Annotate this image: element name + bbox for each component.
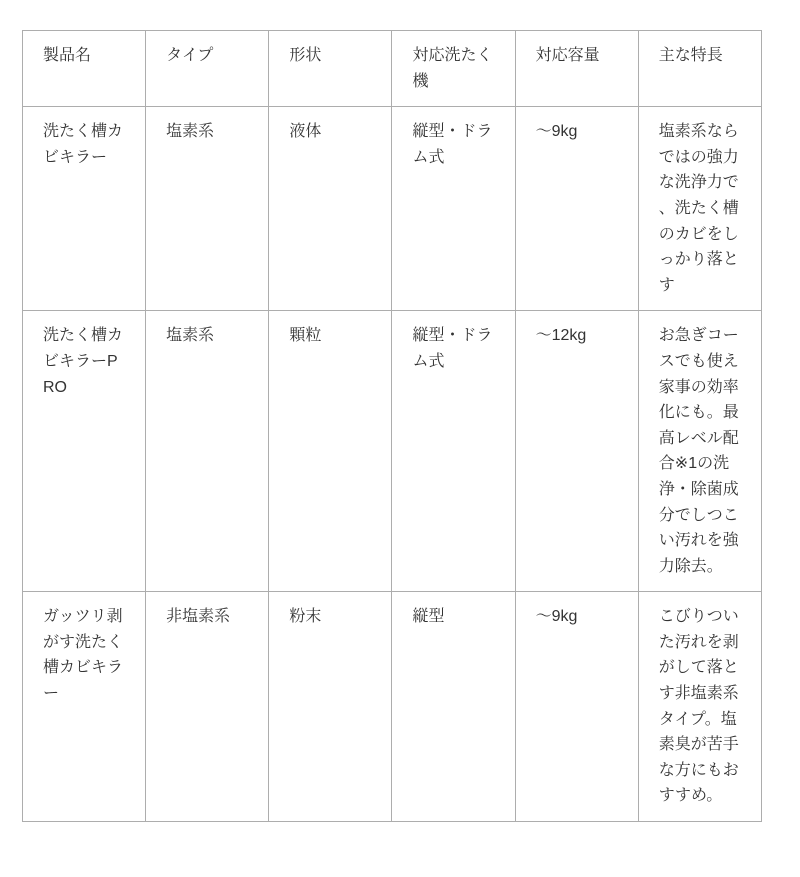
table-row: ガッツリ剥がす洗たく槽カビキラー 非塩素系 粉末 縦型 ～9kg こびりついた汚… [23,592,762,822]
header-capacity: 対応容量 [515,31,638,107]
cell-capacity: ～12kg [515,311,638,592]
cell-machine: 縦型・ドラム式 [392,311,515,592]
table-row: 洗たく槽カビキラー 塩素系 液体 縦型・ドラム式 ～9kg 塩素系ならではの強力… [23,107,762,311]
cell-features: こびりついた汚れを剥がして落とす非塩素系 タイプ。塩素臭が苦手な方にもおすすめ。 [638,592,761,822]
cell-product-name: 洗たく槽カビキラーPRO [23,311,146,592]
header-machine: 対応洗たく機 [392,31,515,107]
cell-form: 顆粒 [269,311,392,592]
cell-capacity: ～9kg [515,107,638,311]
cell-form: 粉末 [269,592,392,822]
cell-form: 液体 [269,107,392,311]
header-form: 形状 [269,31,392,107]
cell-features: お急ぎコースでも使え家事の効率化にも。最高レベル配合※1の洗浄・除菌成分でしつこ… [638,311,761,592]
cell-product-name: 洗たく槽カビキラー [23,107,146,311]
cell-type: 非塩素系 [146,592,269,822]
cell-capacity: ～9kg [515,592,638,822]
header-row: 製品名 タイプ 形状 対応洗たく機 対応容量 主な特長 [23,31,762,107]
cell-product-name: ガッツリ剥がす洗たく槽カビキラー [23,592,146,822]
cell-type: 塩素系 [146,311,269,592]
cell-machine: 縦型・ドラム式 [392,107,515,311]
header-features: 主な特長 [638,31,761,107]
header-product-name: 製品名 [23,31,146,107]
table-row: 洗たく槽カビキラーPRO 塩素系 顆粒 縦型・ドラム式 ～12kg お急ぎコース… [23,311,762,592]
cell-features: 塩素系ならではの強力な洗浄力で、洗たく槽のカビをしっかり落とす [638,107,761,311]
product-spec-table: 製品名 タイプ 形状 対応洗たく機 対応容量 主な特長 洗たく槽カビキラー 塩素… [22,30,762,822]
cell-machine: 縦型 [392,592,515,822]
header-type: タイプ [146,31,269,107]
cell-type: 塩素系 [146,107,269,311]
